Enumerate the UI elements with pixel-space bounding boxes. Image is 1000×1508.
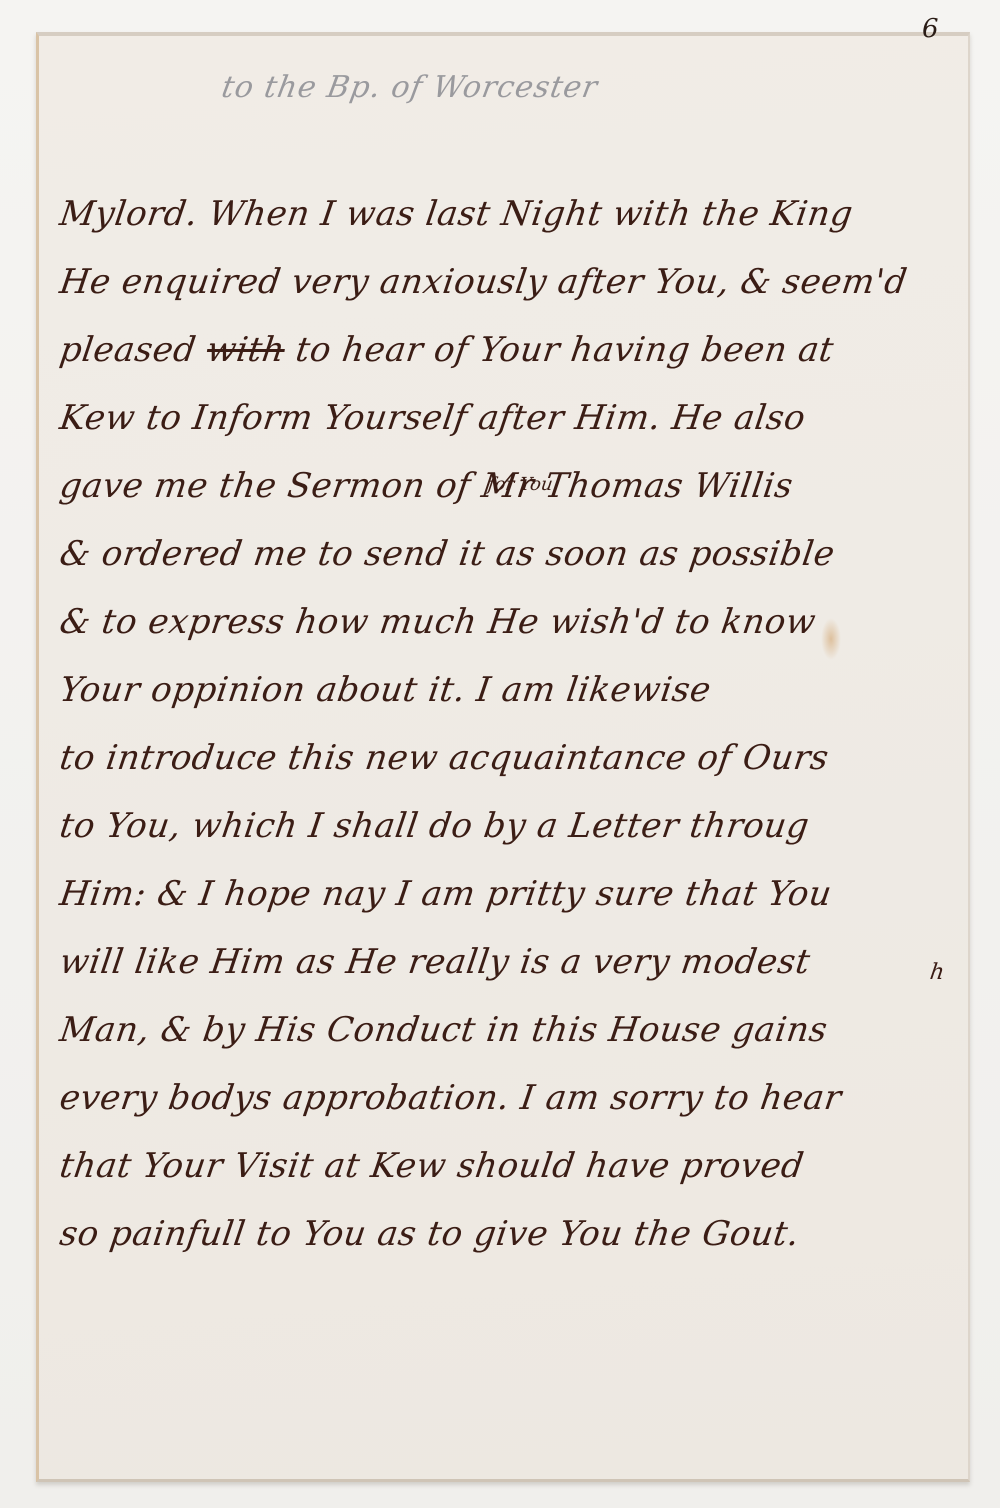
letter-line: Him: & I hope nay I am pritty sure that … xyxy=(55,860,945,928)
letter-line: every bodys approbation. I am sorry to h… xyxy=(55,1064,945,1132)
letter-line: so painfull to You as to give You the Go… xyxy=(55,1200,945,1268)
letter-line: pleased with to hear of Your having been… xyxy=(55,316,945,384)
letter-line: He enquired very anxiously after You, & … xyxy=(55,248,945,316)
letter-line: Kew to Inform Yourself after Him. He als… xyxy=(55,384,945,452)
line-text: to hear of Your having been at xyxy=(282,330,836,370)
pencil-annotation: to the Bp. of Worcester xyxy=(219,70,601,105)
interlinear-insertion: for You xyxy=(487,474,555,495)
letter-line: Man, & by His Conduct in this House gain… xyxy=(55,996,945,1064)
line-text: pleased xyxy=(57,330,210,370)
letter-line: & to express how much He wish'd to know xyxy=(55,588,945,656)
deleted-word: with xyxy=(204,330,287,370)
letter-line: to introduce this new acquaintance of Ou… xyxy=(55,724,945,792)
letter-line: that Your Visit at Kew should have prove… xyxy=(55,1132,945,1200)
letter-line: & ordered me to send it as soon as possi… xyxy=(55,520,945,588)
letter-line: will like Him as He really is a very mod… xyxy=(55,928,945,996)
line-text: gave me the Sermon xyxy=(57,466,439,506)
letter-body: Mylord. When I was last Night with the K… xyxy=(60,180,940,1268)
page-number: 6 xyxy=(922,14,939,44)
letter-line: Your oppinion about it. I am likewise xyxy=(55,656,945,724)
letter-line: to You, which I shall do by a Letter thr… xyxy=(55,792,945,860)
letter-line: Mylord. When I was last Night with the K… xyxy=(55,180,945,248)
